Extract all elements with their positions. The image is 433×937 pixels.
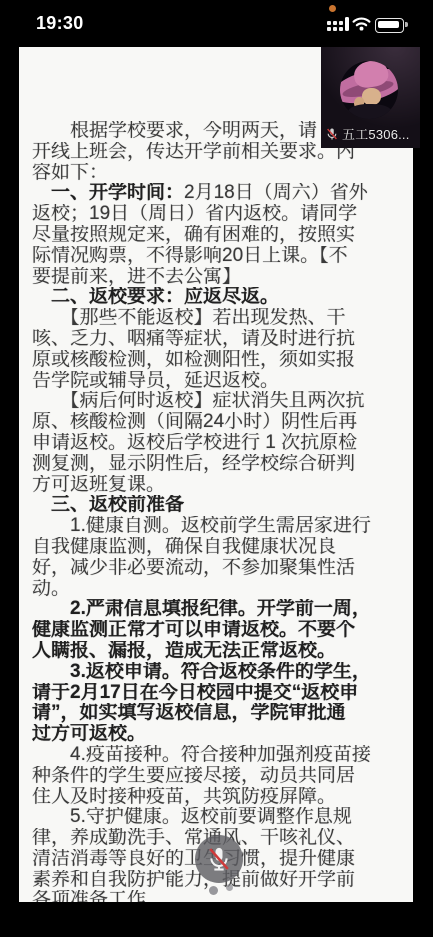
wifi-icon [352, 17, 371, 36]
document-line: 住人及时接种疫苗，共筑防疫屏障。 [32, 787, 402, 808]
battery-icon [375, 18, 404, 33]
document-line: 测复测，显示阴性后，经学校综合研判 [32, 454, 402, 475]
mic-active-dot [329, 5, 336, 12]
participant-name: 五工5306... [342, 124, 410, 143]
document-line: 返校；19日（周日）省内返校。请同学 [32, 204, 402, 225]
shared-document-page: 根据学校要求，今明两天，请开线上班会，传达开学前相关要求。内容如下： 一、开学时… [19, 47, 413, 902]
mic-muted-overlay-button[interactable] [195, 835, 243, 883]
document-line: 请于2月17日在今日校园中提交“返校申 [32, 683, 402, 704]
document-line: 原、核酸检测（间隔24小时）阴性后再 [32, 412, 402, 433]
document-line: 【那些不能返校】若出现发热、干 [32, 308, 402, 329]
document-line: 自我健康监测，确保自我健康状况良 [32, 537, 402, 558]
document-line: 三、返校前准备 [32, 495, 402, 516]
document-line: 申请返校。返校后学校进行 1 次抗原检 [32, 433, 402, 454]
document-line: 5.守护健康。返校前要调整作息规 [32, 807, 402, 828]
document-line: 种条件的学生要应接尽接，动员共同居 [32, 766, 402, 787]
document-line: 原或核酸检测，如检测阳性，须如实报 [32, 350, 402, 371]
document-line: 请”，如实填写返校信息，学院审批通 [32, 703, 402, 724]
document-line: 尽量按照规定来，确有困难的，按照实 [32, 225, 402, 246]
document-line: 动。 [32, 579, 402, 600]
mic-muted-icon [205, 845, 233, 873]
overlay-trail-dot [209, 886, 218, 895]
document-line: 方可返班复课。 [32, 475, 402, 496]
meeting-screen: 19:30 根据学校要求，今明两天，请开线上班会，传达开学前相关要求。内容如下：… [0, 0, 433, 937]
document-line: 一、开学时间：2月18日（周六）省外 [32, 183, 402, 204]
document-line: 【病后何时返校】症状消失且两次抗 [32, 391, 402, 412]
overlay-trail-dot [226, 884, 233, 891]
status-bar: 19:30 [0, 0, 433, 47]
cellular-signal-icon [327, 17, 349, 31]
document-line: 容如下： [32, 163, 402, 184]
document-line: 3.返校申请。符合返校条件的学生， [32, 662, 402, 683]
document-line: 健康监测正常才可以申请返校。不要个 [32, 620, 402, 641]
document-line: 咳、乏力、咽痛等症状，请及时进行抗 [32, 329, 402, 350]
document-line: 告学院或辅导员，延迟返校。 [32, 371, 402, 392]
participant-label: 五工5306... [325, 124, 410, 143]
document-line: 2.严肃信息填报纪律。开学前一周， [32, 599, 402, 620]
participant-video-thumbnail[interactable]: 五工5306... [321, 46, 420, 148]
document-line: 过方可返校。 [32, 724, 402, 745]
document-line: 际情况购票，不得影响20日上课。【不 [32, 246, 402, 267]
mic-muted-icon [325, 127, 339, 141]
document-text: 根据学校要求，今明两天，请开线上班会，传达开学前相关要求。内容如下： 一、开学时… [32, 121, 402, 902]
document-line: 要提前来，进不去公寓】 [32, 267, 402, 288]
document-line: 人瞒报、漏报，造成无法正常返校。 [32, 641, 402, 662]
document-line: 二、返校要求：应返尽返。 [32, 287, 402, 308]
document-line: 4.疫苗接种。符合接种加强剂疫苗接 [32, 745, 402, 766]
document-line: 1.健康自测。返校前学生需居家进行 [32, 516, 402, 537]
participant-avatar [340, 61, 398, 119]
status-time: 19:30 [36, 13, 84, 34]
document-line: 好，减少非必要流动，不参加聚集性活 [32, 558, 402, 579]
